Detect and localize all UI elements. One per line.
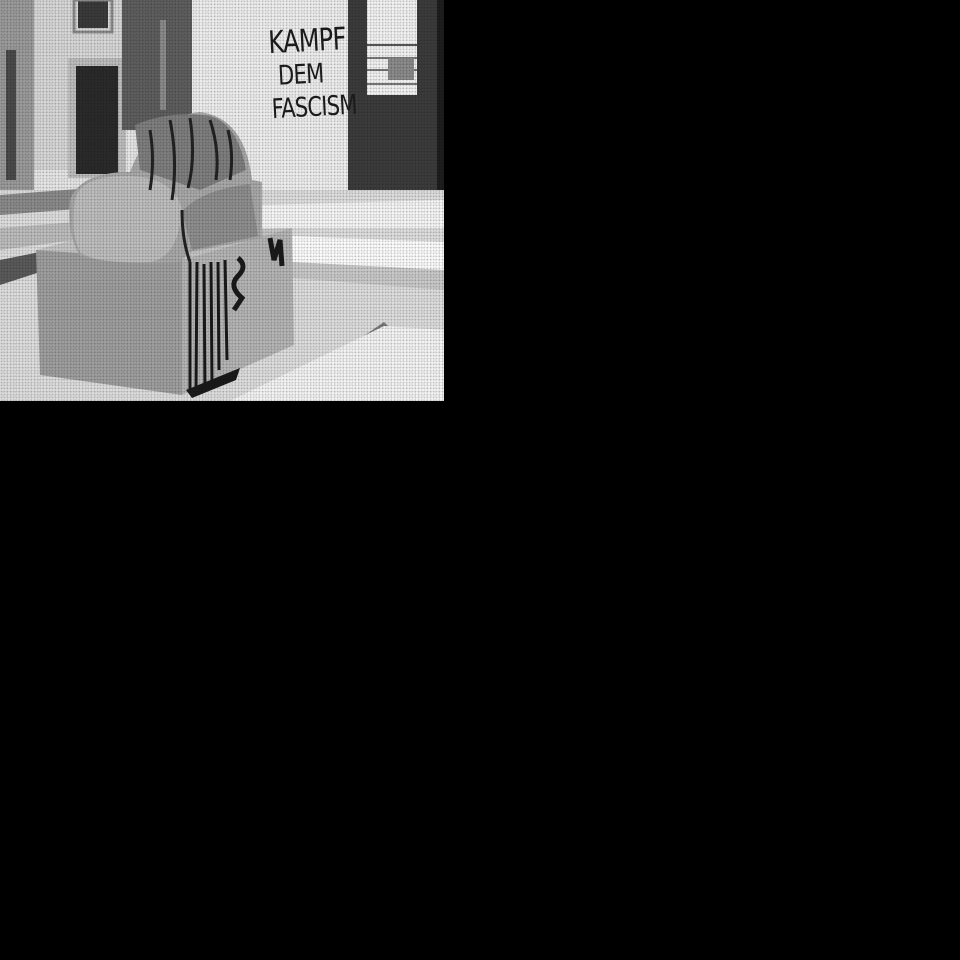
graffiti-line-3: FASCISM	[271, 93, 338, 123]
doorway	[76, 66, 118, 174]
plinth-side	[36, 250, 182, 395]
canvas: KAMPF DEM FASCISM	[0, 0, 960, 960]
wall-graffiti: KAMPF DEM FASCISM	[266, 24, 357, 123]
graffiti-line-2: DEM	[277, 60, 338, 90]
scene-illustration	[0, 0, 444, 401]
door-window	[367, 0, 417, 95]
photograph: KAMPF DEM FASCISM	[0, 0, 444, 401]
upper-window	[78, 0, 108, 28]
column	[122, 0, 192, 130]
left-pilaster	[0, 0, 34, 190]
graffiti-line-1: KAMPF	[268, 25, 335, 59]
